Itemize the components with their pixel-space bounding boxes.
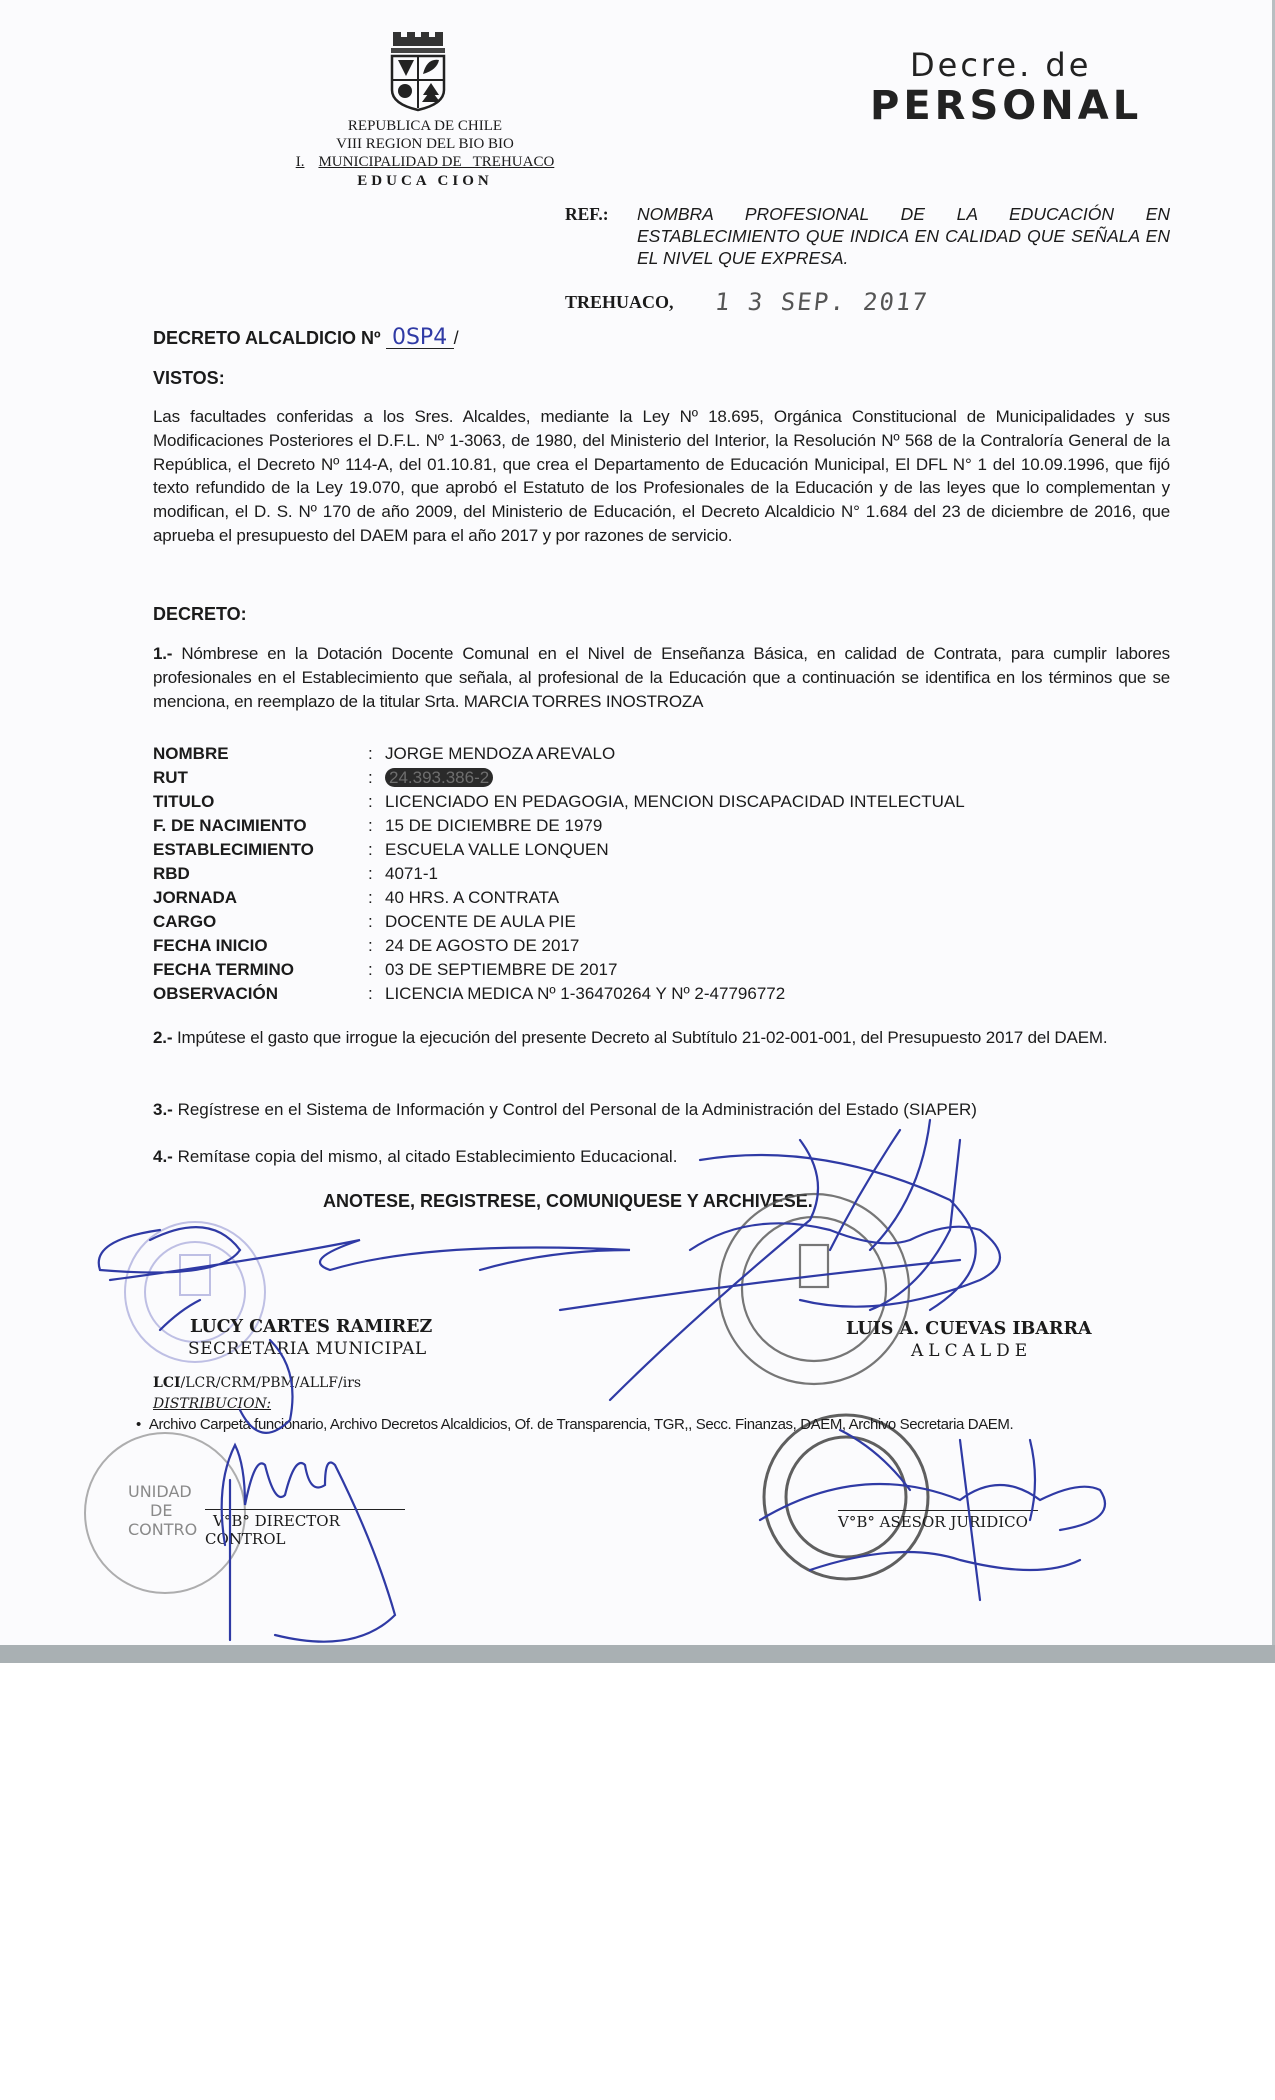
secretary-name: LUCY CARTES RAMIREZ <box>190 1317 432 1337</box>
decree-number-line: DECRETO ALCALDICIO Nº 0SP4/ <box>153 328 459 349</box>
bullet-icon: • <box>136 1416 141 1433</box>
value-text: DOCENTE DE AULA PIE <box>385 912 576 931</box>
municipality-prefix: I. <box>296 154 305 170</box>
header-republic: REPUBLICA DE CHILE <box>250 117 600 135</box>
data-row-value: DOCENTE DE AULA PIE <box>385 910 576 934</box>
data-row-separator: : <box>368 766 385 790</box>
value-text: 40 HRS. A CONTRATA <box>385 888 559 907</box>
data-row: ESTABLECIMIENTO:ESCUELA VALLE LONQUEN <box>153 838 965 862</box>
ref-text: NOMBRA PROFESIONAL DE LA EDUCACIÓN EN ES… <box>637 203 1170 269</box>
value-text: 03 DE SEPTIEMBRE DE 2017 <box>385 960 617 979</box>
distribution-heading: DISTRIBUCION: <box>153 1396 271 1412</box>
initials-rest: /LCR/CRM/PBM/ALLF/irs <box>181 1375 362 1391</box>
data-row-separator: : <box>368 910 385 934</box>
scan-edge-band <box>0 1645 1275 1663</box>
data-row: JORNADA:40 HRS. A CONTRATA <box>153 886 965 910</box>
data-row: RUT:24.393.386-2 <box>153 766 965 790</box>
data-row-value: 4071-1 <box>385 862 438 886</box>
data-row-value: ESCUELA VALLE LONQUEN <box>385 838 609 862</box>
item-number: 1.- <box>153 644 172 663</box>
control-seal-text-control: CONTRO <box>128 1520 197 1539</box>
municipality-name: MUNICIPALIDAD DE TREHUACO <box>318 154 554 170</box>
value-text: 4071-1 <box>385 864 438 883</box>
value-text: LICENCIA MEDICA Nº 1-36470264 Y Nº 2-477… <box>385 984 785 1003</box>
decreto-heading: DECRETO: <box>153 604 247 625</box>
data-row-value: 03 DE SEPTIEMBRE DE 2017 <box>385 958 617 982</box>
data-row-label: FECHA INICIO <box>153 934 368 958</box>
place-label: TREHUACO, <box>565 292 674 313</box>
redacted-rut: 24.393.386-2 <box>385 768 493 787</box>
data-row-value: JORGE MENDOZA AREVALO <box>385 742 615 766</box>
initials-bold: LCI <box>153 1375 181 1391</box>
header-department: EDUCA CION <box>250 172 600 190</box>
value-text: JORGE MENDOZA AREVALO <box>385 744 615 763</box>
value-text: LICENCIADO EN PEDAGOGIA, MENCION DISCAPA… <box>385 792 965 811</box>
data-row: CARGO:DOCENTE DE AULA PIE <box>153 910 965 934</box>
municipal-coat-of-arms-icon <box>385 28 451 112</box>
item-number: 3.- <box>153 1100 173 1119</box>
value-text: 15 DE DICIEMBRE DE 1979 <box>385 816 602 835</box>
item-text: Nómbrese en la Dotación Docente Comunal … <box>153 644 1170 711</box>
data-row: OBSERVACIÓN:LICENCIA MEDICA Nº 1-3647026… <box>153 982 965 1006</box>
data-row-label: NOMBRE <box>153 742 368 766</box>
vistos-paragraph: Las facultades conferidas a los Sres. Al… <box>153 405 1170 548</box>
data-row: NOMBRE:JORGE MENDOZA AREVALO <box>153 742 965 766</box>
stamp-line-1: Decre. de <box>870 46 1170 84</box>
control-seal-text-unidad: UNIDAD <box>128 1482 192 1501</box>
decree-item-2: 2.- Impútese el gasto que irrogue la eje… <box>153 1026 1170 1050</box>
distribution-text: Archivo Carpeta funcionario, Archivo Dec… <box>149 1416 1013 1433</box>
data-row-separator: : <box>368 838 385 862</box>
item-number: 4.- <box>153 1147 173 1166</box>
data-row-label: OBSERVACIÓN <box>153 982 368 1006</box>
item-text: Remítase copia del mismo, al citado Esta… <box>178 1147 678 1166</box>
data-row-separator: : <box>368 814 385 838</box>
data-row: FECHA TERMINO:03 DE SEPTIEMBRE DE 2017 <box>153 958 965 982</box>
data-row-value: LICENCIADO EN PEDAGOGIA, MENCION DISCAPA… <box>385 790 965 814</box>
data-row-separator: : <box>368 862 385 886</box>
data-row-separator: : <box>368 742 385 766</box>
data-row: TITULO:LICENCIADO EN PEDAGOGIA, MENCION … <box>153 790 965 814</box>
decree-number-suffix: / <box>454 328 459 348</box>
control-approval: V°B° DIRECTOR CONTROL <box>205 1509 405 1548</box>
initials-line: LCI/LCR/CRM/PBM/ALLF/irs <box>153 1375 361 1391</box>
distribution-list: •Archivo Carpeta funcionario, Archivo De… <box>136 1416 1013 1433</box>
data-row-separator: : <box>368 790 385 814</box>
document-type-stamp: Decre. de PERSONAL <box>870 46 1170 128</box>
data-row: F. DE NACIMIENTO:15 DE DICIEMBRE DE 1979 <box>153 814 965 838</box>
item-text: Regístrese en el Sistema de Información … <box>178 1100 977 1119</box>
data-row-label: CARGO <box>153 910 368 934</box>
data-row-label: ESTABLECIMIENTO <box>153 838 368 862</box>
data-row-value: 40 HRS. A CONTRATA <box>385 886 559 910</box>
item-number: 2.- <box>153 1028 172 1047</box>
legal-approval-label: V°B° ASESOR JURIDICO <box>838 1513 1028 1531</box>
control-seal-text-de: DE <box>150 1501 172 1520</box>
decree-number-label: DECRETO ALCALDICIO Nº <box>153 328 381 348</box>
personal-data-table: NOMBRE:JORGE MENDOZA AREVALORUT:24.393.3… <box>153 742 965 1006</box>
legal-approval: V°B° ASESOR JURIDICO <box>838 1510 1038 1531</box>
data-row: RBD:4071-1 <box>153 862 965 886</box>
item-text: Impútese el gasto que irrogue la ejecuci… <box>177 1028 1108 1047</box>
mayor-seal-icon <box>719 1194 909 1384</box>
data-row-label: F. DE NACIMIENTO <box>153 814 368 838</box>
stamp-line-2: PERSONAL <box>870 84 1170 128</box>
decree-number-handwritten: 0SP4 <box>386 328 454 349</box>
data-row-label: RUT <box>153 766 368 790</box>
decree-item-3: 3.- Regístrese en el Sistema de Informac… <box>153 1098 1170 1122</box>
value-text: ESCUELA VALLE LONQUEN <box>385 840 609 859</box>
data-row: FECHA INICIO:24 DE AGOSTO DE 2017 <box>153 934 965 958</box>
decree-item-1: 1.- Nómbrese en la Dotación Docente Comu… <box>153 642 1170 713</box>
secretary-role: SECRETARIA MUNICIPAL <box>188 1339 427 1359</box>
header-region: VIII REGION DEL BIO BIO <box>250 135 600 153</box>
scanned-document-page: REPUBLICA DE CHILE VIII REGION DEL BIO B… <box>0 0 1275 1645</box>
legal-seal-icon <box>764 1415 928 1579</box>
data-row-value: LICENCIA MEDICA Nº 1-36470264 Y Nº 2-477… <box>385 982 785 1006</box>
closing-formula: ANOTESE, REGISTRESE, COMUNIQUESE Y ARCHI… <box>323 1191 813 1212</box>
data-row-label: JORNADA <box>153 886 368 910</box>
mayor-name: LUIS A. CUEVAS IBARRA <box>846 1319 1092 1339</box>
mayor-role: ALCALDE <box>911 1341 1032 1361</box>
data-row-value: 24 DE AGOSTO DE 2017 <box>385 934 579 958</box>
data-row-label: FECHA TERMINO <box>153 958 368 982</box>
data-row-separator: : <box>368 982 385 1006</box>
data-row-value: 24.393.386-2 <box>385 766 493 790</box>
data-row-value: 15 DE DICIEMBRE DE 1979 <box>385 814 602 838</box>
vistos-heading: VISTOS: <box>153 368 225 389</box>
data-row-label: TITULO <box>153 790 368 814</box>
data-row-separator: : <box>368 886 385 910</box>
date-stamp: 1 3 SEP. 2017 <box>714 288 931 316</box>
header-municipality: I.MUNICIPALIDAD DE TREHUACO <box>250 153 600 171</box>
value-text: 24 DE AGOSTO DE 2017 <box>385 936 579 955</box>
control-approval-label: V°B° DIRECTOR CONTROL <box>205 1512 340 1548</box>
ref-label: REF.: <box>565 203 609 225</box>
data-row-separator: : <box>368 958 385 982</box>
decree-item-4: 4.- Remítase copia del mismo, al citado … <box>153 1145 1170 1169</box>
data-row-label: RBD <box>153 862 368 886</box>
data-row-separator: : <box>368 934 385 958</box>
reference-block: REF.: NOMBRA PROFESIONAL DE LA EDUCACIÓN… <box>565 203 1170 269</box>
